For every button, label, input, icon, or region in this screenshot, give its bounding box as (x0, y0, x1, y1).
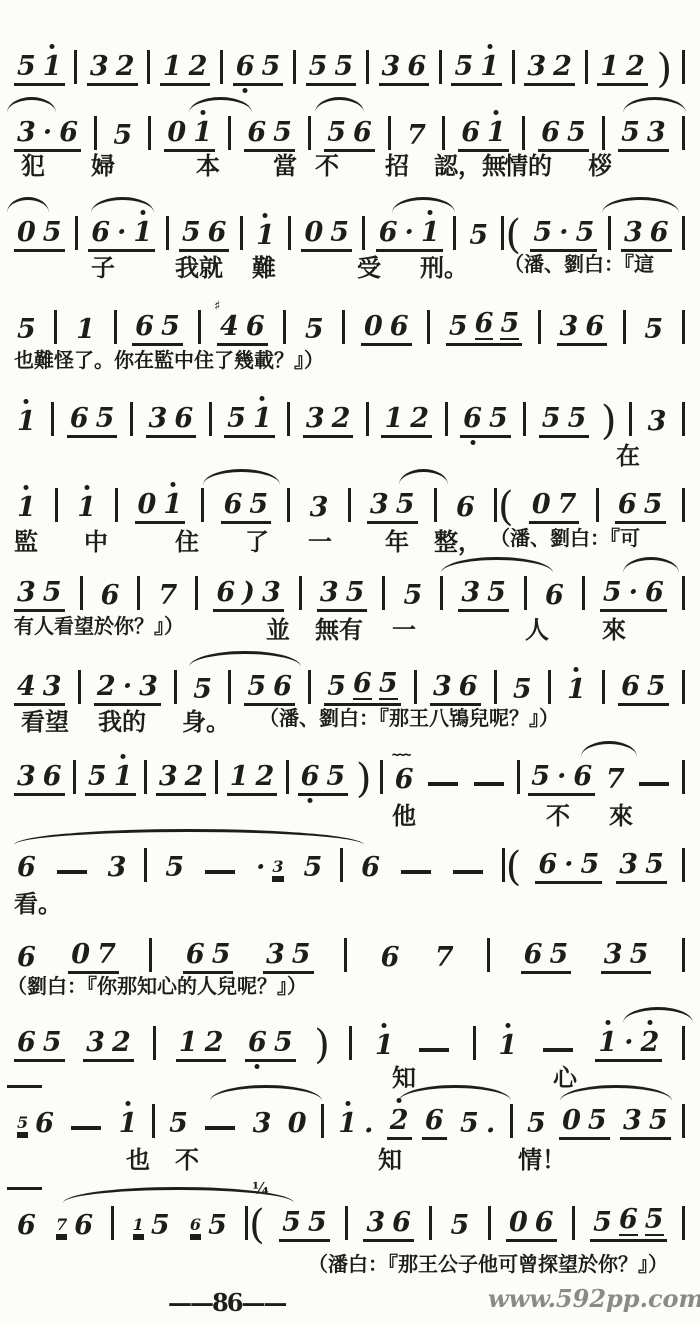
note: 6 (59, 119, 78, 146)
note: 2 (553, 53, 572, 80)
note: 6 (361, 854, 380, 881)
lyric: 不 (546, 796, 570, 831)
note-group: 36 (14, 763, 65, 796)
note-group: 35 (616, 851, 667, 884)
duration-dash (428, 782, 458, 786)
lyric: 難 (252, 248, 276, 283)
duration-dash (543, 1048, 573, 1052)
octave-dot-above (24, 485, 29, 490)
note: 1 (77, 494, 96, 521)
note: 6 (186, 941, 205, 968)
note: 1 (17, 494, 36, 521)
note: 0 (364, 313, 383, 340)
lyric: 在 (616, 436, 640, 471)
note: 1 (256, 222, 275, 249)
lyric: 婦 (91, 146, 115, 181)
barline (195, 576, 198, 610)
note-group: 3 (105, 854, 130, 884)
barline-open-paren: ¼( (244, 1206, 265, 1242)
barline-open-paren: ( (493, 488, 514, 524)
note-group: 55 (306, 53, 357, 86)
note: ) (242, 579, 255, 606)
octave-dot-above (487, 44, 492, 49)
barline (442, 116, 445, 150)
note: 6 (463, 405, 482, 432)
note-group: 65 (460, 405, 511, 438)
barline (345, 1206, 348, 1240)
note: 5 (487, 579, 506, 606)
note: 0 (509, 1209, 528, 1236)
note: 0 (71, 941, 90, 968)
note: 5 (326, 763, 345, 790)
note: 5 (645, 851, 664, 878)
note: 5 (43, 1029, 62, 1056)
note: 1 (163, 491, 182, 518)
note-group: 12 (227, 763, 278, 796)
note-group: 3 (307, 494, 332, 524)
note: 5 (17, 1115, 28, 1134)
barline (434, 488, 437, 522)
note: 5 (644, 316, 663, 343)
note: 5 (309, 53, 328, 80)
note: 3 (619, 851, 638, 878)
barline (523, 402, 526, 436)
tie-arc (560, 1085, 672, 1101)
note: 6 (17, 854, 36, 881)
note: 1 (43, 53, 62, 80)
note-group: 3 (250, 1110, 275, 1140)
lyric: （潘、劉白：『那王八鴇兒呢？』） (259, 702, 559, 731)
music-row-11: 6076535676535 (0, 918, 700, 974)
lyric: 刑。 (420, 248, 468, 283)
octave-dot-above (84, 485, 89, 490)
note-group: 6 (358, 854, 383, 884)
barline (152, 1104, 155, 1138)
note-group: 51 (14, 53, 65, 86)
note: 5 (334, 53, 353, 80)
close-paren: ) (356, 764, 372, 794)
octave-dot-above (260, 396, 265, 401)
barline (602, 116, 605, 150)
tie-arc (441, 557, 553, 573)
note: 5 (212, 941, 231, 968)
note: 6 (395, 766, 414, 793)
lyric: 情的 (504, 146, 552, 181)
octave-dot-above (494, 110, 499, 115)
note: 1 (338, 1110, 357, 1137)
note: 5 (513, 676, 532, 703)
note: 3 (149, 405, 168, 432)
note: 5 (308, 1209, 327, 1236)
note-group: 65 (233, 53, 284, 86)
tie-arc (203, 469, 280, 485)
tie-arc (315, 97, 364, 113)
note: 6 (619, 1206, 638, 1236)
lyric: 看。 (14, 884, 62, 919)
note: 3 (90, 53, 109, 80)
lyric: 住 (175, 522, 199, 557)
note: 6 (17, 944, 36, 971)
note-group: 565 (590, 1206, 666, 1242)
note-group: 51 (224, 405, 275, 438)
barline (682, 1104, 685, 1138)
barline (340, 848, 343, 882)
note: 5 (17, 316, 36, 343)
lyrics-line-4: 也難怪了。你在監中住了幾載？』） (0, 344, 700, 376)
tie-arc (189, 97, 252, 113)
barline (228, 670, 231, 704)
note: 6 (135, 313, 154, 340)
barline (582, 576, 585, 610)
note: 5 (43, 579, 62, 606)
lyric: 年 (385, 522, 409, 557)
barline (130, 402, 133, 436)
note: 2 (410, 405, 429, 432)
barline (286, 760, 289, 794)
note: 0 (167, 119, 186, 146)
tie-arc (399, 1085, 511, 1101)
music-row-3: 056·1561056·15(5·536 (0, 196, 700, 252)
note: 3 (266, 941, 285, 968)
note: 6 (248, 1029, 267, 1056)
lyric: 整， (434, 522, 482, 557)
lyric: 中 (84, 522, 108, 557)
note: 6 (246, 313, 265, 340)
lyric: 當 (273, 146, 297, 181)
octave-dot-above (24, 399, 29, 404)
note: 6 (392, 1209, 411, 1236)
note-group: 32 (303, 405, 354, 438)
note: 5 (227, 405, 246, 432)
barline (682, 50, 685, 84)
barline (144, 760, 147, 794)
note: 0 (138, 491, 157, 518)
note: 6 (353, 119, 372, 146)
note: 6 (475, 310, 494, 340)
note: · (43, 119, 52, 146)
note: 5 (451, 1212, 470, 1239)
note-group: 2 (387, 1107, 412, 1140)
note: 3 (320, 579, 339, 606)
barline (682, 116, 685, 150)
note: 6 (190, 1217, 201, 1236)
note: 5 (88, 763, 107, 790)
barline (501, 216, 504, 250)
note: 4 (17, 673, 36, 700)
note: 5 (603, 579, 622, 606)
lyric: （潘白：『那王公子他可曾探望於你？』） (308, 1248, 668, 1277)
barline (348, 488, 351, 522)
music-row-8: 432·3556565365165 (0, 650, 700, 706)
octave-dot-above (263, 213, 268, 218)
note: 2 (256, 763, 275, 790)
note: 5 (282, 1209, 301, 1236)
lyric: 不 (175, 1140, 199, 1175)
barline (602, 670, 605, 704)
sharp-icon: ♯ (214, 300, 220, 313)
note: 1 (179, 1029, 198, 1056)
note: 5 (305, 316, 324, 343)
note-group: 65 (132, 313, 183, 346)
lyric: 知 (378, 1140, 402, 1175)
barline (682, 1206, 685, 1240)
lyric: 無有 (315, 610, 363, 645)
note: 5 (630, 941, 649, 968)
tie-arc (623, 557, 679, 573)
barline (623, 310, 626, 344)
lyrics-line-11: （劉白：『你那知心的人兒呢？』） (0, 970, 700, 1002)
note: 5 (533, 219, 552, 246)
note-group: 35 (14, 579, 65, 612)
duration-dash (401, 870, 431, 874)
barline (682, 1026, 685, 1060)
note: 6 (74, 1212, 93, 1239)
note-group: 35 (367, 491, 418, 524)
note: 5 (500, 310, 519, 340)
note: 7 (159, 582, 178, 609)
note: 5 (576, 219, 595, 246)
lyric: 一 (308, 522, 332, 557)
note: 3 (306, 405, 325, 432)
note: 0 (532, 491, 551, 518)
note: · (117, 219, 126, 246)
lyrics-line-8: 看望我的身。（潘、劉白：『那王八鴇兒呢？』） (0, 702, 700, 734)
note: 1 (114, 763, 133, 790)
note-group: 76 (53, 1212, 96, 1242)
barline (572, 1206, 575, 1240)
note: 1 (76, 316, 95, 343)
note-group: 65 (67, 405, 118, 438)
note: 5 (43, 219, 62, 246)
open-paren: ( (249, 1210, 265, 1240)
note: 6 (459, 673, 478, 700)
octave-dot-above (574, 667, 579, 672)
barline (111, 1206, 114, 1240)
note: 6 (301, 763, 320, 790)
note: 3 (43, 673, 62, 700)
note: 5 (449, 313, 468, 340)
note-group: 6 (98, 582, 123, 612)
watermark: www.592pp.com (488, 1284, 700, 1313)
music-row-7: 35676)33553565·6 (0, 556, 700, 612)
note: 5 (527, 1110, 546, 1137)
barline (494, 670, 497, 704)
barline (382, 576, 385, 610)
note: 2 (112, 1029, 131, 1056)
barline (174, 670, 177, 704)
octave-dot-above (382, 1023, 387, 1028)
note: 3 (370, 491, 389, 518)
note: 6 (17, 1029, 36, 1056)
note-group: 1 (14, 494, 39, 524)
note-group: 5 (400, 582, 425, 612)
note: 3 (262, 579, 281, 606)
note: 3 (159, 763, 178, 790)
barline (209, 402, 212, 436)
barline (228, 116, 231, 150)
duration-dash (419, 1048, 449, 1052)
note: 5 (346, 579, 365, 606)
barline (73, 760, 76, 794)
note: 5 (17, 53, 36, 80)
tie-arc (7, 197, 49, 213)
note-group: 32 (87, 53, 138, 86)
note-group: 65 (221, 491, 272, 524)
note: 3 (366, 1209, 385, 1236)
note: 1 (119, 1110, 138, 1137)
note: 6 (573, 763, 592, 790)
note: 5 (403, 582, 422, 609)
barline (201, 488, 204, 522)
barline (78, 670, 81, 704)
note-group: 565 (324, 670, 400, 706)
barline (538, 310, 541, 344)
lyrics-line-3: 子我就難受刑。（潘、劉白：『這 (0, 248, 700, 280)
note: 6 (524, 941, 543, 968)
lyrics-line-7: 有人看望於你？』）並無有一人來 (0, 610, 700, 642)
note: 6 (618, 491, 637, 518)
note: 1 (421, 219, 440, 246)
octave-dot-above (140, 210, 145, 215)
note-group: 32 (156, 763, 207, 796)
note: 5 (469, 222, 488, 249)
lyric: 並 (266, 610, 290, 645)
barline (414, 670, 417, 704)
barline (321, 1104, 324, 1138)
open-paren: ( (498, 492, 514, 522)
lyric: 犯 (21, 146, 45, 181)
note: ♯4 (220, 313, 239, 340)
note: 3 (139, 673, 158, 700)
lyrics-line-2: 犯婦本當不招認，無情的桚 (0, 146, 700, 178)
octave-dot-below (243, 88, 248, 93)
barline (682, 576, 685, 610)
barline (342, 310, 345, 344)
note: 5 (274, 1029, 293, 1056)
note-group: 5 (162, 854, 187, 884)
barline (487, 938, 490, 972)
note: 5 (396, 491, 415, 518)
note-group: 51 (451, 53, 502, 86)
note: 1 (498, 1032, 517, 1059)
music-row-5: 165365132126555)3 (0, 382, 700, 438)
note: 3 (648, 408, 667, 435)
note-group: 5 (448, 1212, 473, 1242)
duration-dash (474, 782, 504, 786)
note: 3 (382, 53, 401, 80)
duration-dash (639, 782, 669, 786)
note: 2 (641, 1029, 660, 1056)
close-paren: ) (601, 406, 617, 436)
barline (682, 488, 685, 522)
note-group: 35 (458, 579, 509, 612)
note: 6 (236, 53, 255, 80)
duration-dash (71, 1126, 101, 1130)
music-row-13: 5615301.265.50535 (0, 1084, 700, 1140)
note: 5 (273, 119, 292, 146)
barline (488, 1206, 491, 1240)
barline (149, 938, 152, 972)
barline-open-paren: ( (500, 216, 521, 252)
barline (220, 50, 223, 84)
note: 1 (384, 405, 403, 432)
barline (453, 216, 456, 250)
lyric: 受 (357, 248, 381, 283)
note-group: 6 (14, 854, 39, 884)
lyrics-line-13: 也不知情！ (0, 1140, 700, 1172)
note-group: 5 (14, 316, 39, 346)
note-group: 6 (422, 1107, 447, 1140)
open-paren: ( (506, 852, 522, 882)
note-group: 32 (524, 53, 575, 86)
barline (512, 50, 515, 84)
note-group: ~~~6 (392, 766, 417, 796)
note: 1 (193, 119, 212, 146)
note-group: 5. (457, 1110, 498, 1140)
lyric: （潘、劉白：『這 (504, 248, 654, 277)
lyric: 也難怪了。你在監中住了幾載？』） (14, 344, 324, 373)
lyric: 我的 (98, 702, 146, 737)
barline (682, 310, 685, 344)
barline (148, 116, 151, 150)
note-group: 65 (187, 1212, 230, 1242)
note: 1 (133, 1217, 144, 1236)
barline (366, 402, 369, 436)
note: 6 (273, 673, 292, 700)
barline (510, 1104, 513, 1138)
tie-arc (14, 829, 364, 845)
close-paren: ) (657, 54, 673, 84)
barline (429, 1206, 432, 1240)
tie-arc (7, 1187, 42, 1190)
tie-arc (602, 197, 679, 213)
note-group: 06 (506, 1209, 557, 1242)
lyrics-line-5: 在 (0, 436, 700, 468)
note: · (256, 854, 265, 881)
note: 3 (17, 579, 36, 606)
note-group: 35 (620, 1107, 671, 1140)
note-group: 01 (135, 491, 186, 524)
note: 6 (535, 1209, 554, 1236)
note-group: 07 (529, 491, 580, 524)
octave-dot-above (397, 1098, 402, 1103)
note: · (405, 219, 414, 246)
lyric: （潘、劉白：『可 (490, 522, 640, 551)
barline (147, 50, 150, 84)
note-group: 12 (381, 405, 432, 438)
note: 5 (644, 491, 663, 518)
note-group: 6 (453, 494, 478, 524)
barline (682, 402, 685, 436)
note: 3 (560, 313, 579, 340)
note: 6 (390, 313, 409, 340)
note: 5 (593, 1209, 612, 1236)
barline (94, 116, 97, 150)
note: 5 (208, 1212, 227, 1239)
note-group: 55 (539, 405, 590, 438)
note: 5 (645, 1206, 664, 1236)
barline (524, 576, 527, 610)
note: 1 (567, 676, 586, 703)
note-group: 36 (363, 1209, 414, 1242)
lyric: 來 (609, 796, 633, 831)
note-group: 36 (379, 53, 430, 86)
note: 2 (626, 53, 645, 80)
barline (308, 670, 311, 704)
note: 1 (253, 405, 272, 432)
note: 7 (97, 941, 116, 968)
note: · (629, 579, 638, 606)
